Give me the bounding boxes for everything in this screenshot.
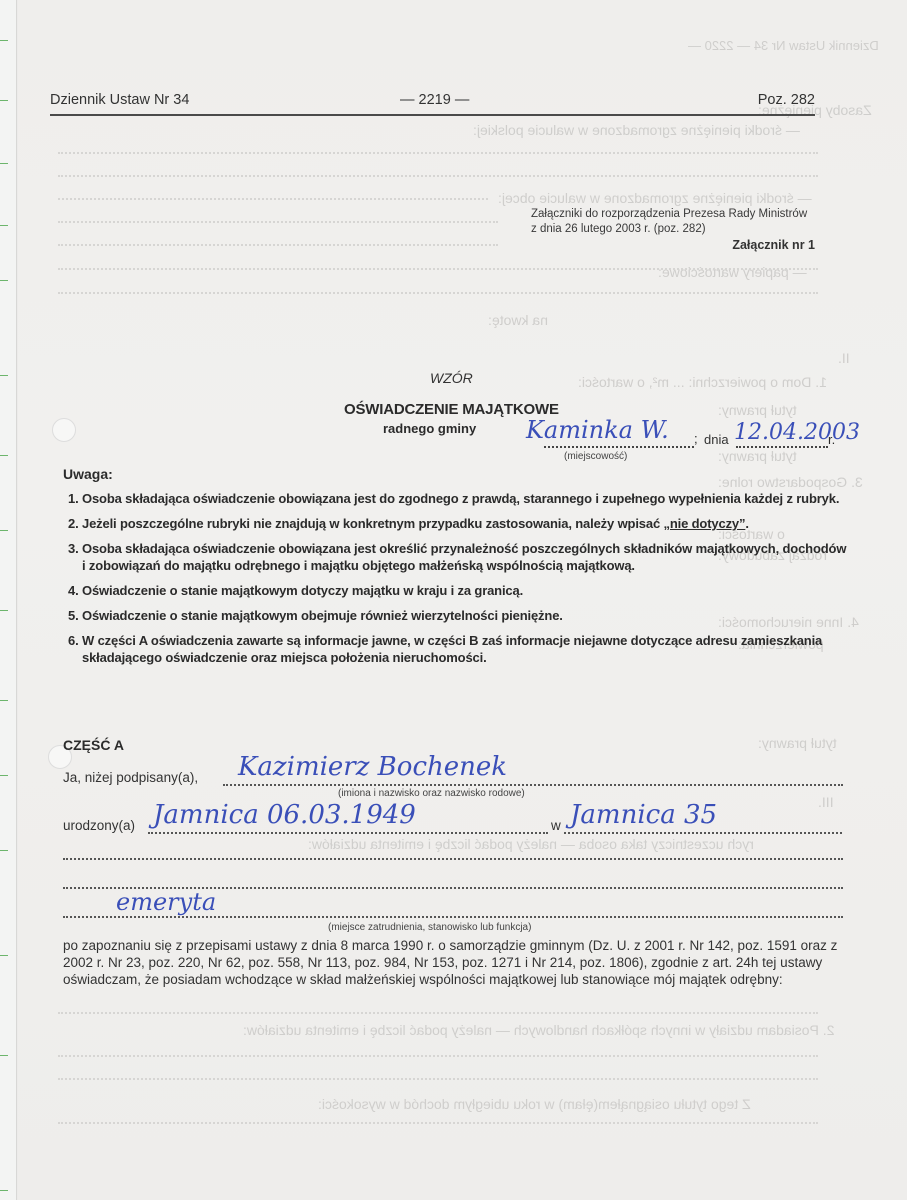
note-text-main: Jeżeli poszczególne rubryki nie znajdują… bbox=[82, 516, 664, 531]
annex-number: Załącznik nr 1 bbox=[732, 238, 815, 252]
scanner-tick bbox=[0, 40, 8, 41]
bleed-through-line: — środki pieniężne zgromadzone w walucie… bbox=[473, 122, 800, 138]
part-a-heading: CZĘŚĆ A bbox=[63, 737, 124, 753]
note-number: 5. bbox=[68, 607, 82, 624]
bleed-through-dots bbox=[58, 1012, 818, 1014]
employment-handwritten-value: emeryta bbox=[116, 888, 216, 916]
bleed-through-line: II. bbox=[838, 350, 850, 366]
notes-heading: Uwaga: bbox=[63, 466, 113, 482]
template-label: WZÓR bbox=[430, 370, 473, 386]
birth-date-field[interactable] bbox=[148, 832, 548, 834]
punch-hole bbox=[52, 418, 76, 442]
scanner-margin bbox=[0, 0, 17, 1200]
annex-line-2: z dnia 26 lutego 2003 r. (poz. 282) bbox=[531, 222, 807, 237]
scanner-tick bbox=[0, 455, 8, 456]
scanner-tick bbox=[0, 280, 8, 281]
bleed-through-line: Z tego tytułu osiągnąłem(ęłam) w roku ub… bbox=[318, 1096, 751, 1112]
scanner-tick bbox=[0, 610, 8, 611]
bleed-through-dots bbox=[58, 1078, 818, 1080]
note-text: W części A oświadczenia zawarte są infor… bbox=[82, 632, 848, 666]
bleed-through-header: Dziennik Ustaw Nr 34 — 2220 — bbox=[688, 38, 879, 53]
note-item: 4. Oświadczenie o stanie majątkowym doty… bbox=[68, 582, 848, 599]
note-text-after: . bbox=[745, 516, 748, 531]
scanner-tick bbox=[0, 100, 8, 101]
note-item: 3. Osoba składająca oświadczenie obowiąz… bbox=[68, 540, 848, 574]
date-prefix: dnia bbox=[704, 432, 729, 447]
bleed-through-line: 1. Dom o powierzchni: ... m², o wartości… bbox=[578, 374, 827, 390]
note-text: Oświadczenie o stanie majątkowym obejmuj… bbox=[82, 607, 848, 624]
scanner-tick bbox=[0, 1055, 8, 1056]
birth-place-field[interactable] bbox=[564, 832, 842, 834]
in-label: w bbox=[551, 818, 561, 833]
document-subtitle: radnego gminy bbox=[383, 421, 476, 436]
note-item: 1. Osoba składająca oświadczenie obowiąz… bbox=[68, 490, 848, 507]
scanner-tick bbox=[0, 700, 8, 701]
journal-name: Dziennik Ustaw Nr 34 bbox=[50, 92, 189, 108]
note-text: Jeżeli poszczególne rubryki nie znajdują… bbox=[82, 515, 848, 532]
name-caption: (imiona i nazwisko oraz nazwisko rodowe) bbox=[338, 788, 525, 799]
bleed-through-dots bbox=[58, 268, 818, 270]
note-number: 6. bbox=[68, 632, 82, 666]
scanner-tick bbox=[0, 850, 8, 851]
bleed-through-line: tytuł prawny: bbox=[718, 448, 797, 464]
position-number: Poz. 282 bbox=[758, 92, 815, 108]
place-caption: (miejscowość) bbox=[564, 451, 627, 462]
page-number: — 2219 — bbox=[400, 92, 469, 108]
scanner-tick bbox=[0, 775, 8, 776]
bleed-through-dots bbox=[58, 152, 818, 154]
birth-place-handwritten-value: Jamnica 35 bbox=[570, 800, 717, 830]
scanner-tick bbox=[0, 375, 8, 376]
bleed-through-line: na kwotę: bbox=[488, 312, 548, 328]
bleed-through-dots bbox=[58, 244, 498, 246]
bleed-through-line: 2. Posiadam udziały w innych spółkach ha… bbox=[243, 1022, 834, 1038]
scanner-tick bbox=[0, 163, 8, 164]
bleed-through-dots bbox=[58, 1122, 818, 1124]
note-number: 4. bbox=[68, 582, 82, 599]
note-item: 6. W części A oświadczenia zawarte są in… bbox=[68, 632, 848, 666]
bleed-through-line: III. bbox=[818, 794, 834, 810]
bleed-through-line: — środki pieniężne zgromadzone w walucie… bbox=[498, 190, 812, 206]
bleed-through-line: 3. Gospodarstwo rolne: bbox=[718, 474, 863, 490]
date-handwritten-value: 12.04.2003 bbox=[734, 420, 860, 445]
bleed-through-dots bbox=[58, 221, 498, 223]
place-separator: ; bbox=[694, 431, 698, 446]
scanner-tick bbox=[0, 955, 8, 956]
annex-line-1: Załączniki do rozporządzenia Prezesa Rad… bbox=[531, 207, 807, 222]
blank-field-line[interactable] bbox=[63, 858, 843, 860]
page-header: Dziennik Ustaw Nr 34 — 2219 — Poz. 282 bbox=[50, 92, 815, 116]
scanned-page: Dziennik Ustaw Nr 34 — 2220 — Zasoby pie… bbox=[18, 0, 907, 1200]
note-number: 3. bbox=[68, 540, 82, 574]
bleed-through-dots bbox=[58, 175, 818, 177]
notes-list: 1. Osoba składająca oświadczenie obowiąz… bbox=[68, 490, 848, 674]
bleed-through-dots bbox=[58, 198, 488, 200]
name-field[interactable] bbox=[223, 784, 843, 786]
annex-reference: Załączniki do rozporządzenia Prezesa Rad… bbox=[531, 207, 807, 237]
note-text: Osoba składająca oświadczenie obowiązana… bbox=[82, 490, 848, 507]
scanner-tick bbox=[0, 225, 8, 226]
declaration-text: po zapoznaniu się z przepisami ustawy z … bbox=[63, 937, 858, 988]
note-text: Osoba składająca oświadczenie obowiązana… bbox=[82, 540, 848, 574]
bleed-through-line: tytuł prawny: bbox=[718, 402, 797, 418]
note-item: 5. Oświadczenie o stanie majątkowym obej… bbox=[68, 607, 848, 624]
bleed-through-line: rych uczestniczy taka osoba — należy pod… bbox=[308, 836, 754, 852]
employment-caption: (miejsce zatrudnienia, stanowisko lub fu… bbox=[328, 922, 531, 933]
birth-date-handwritten-value: Jamnica 06.03.1949 bbox=[153, 800, 416, 830]
note-emphasis: „nie dotyczy” bbox=[664, 516, 746, 531]
note-text: Oświadczenie o stanie majątkowym dotyczy… bbox=[82, 582, 848, 599]
signed-label: Ja, niżej podpisany(a), bbox=[63, 770, 198, 785]
scanner-tick bbox=[0, 1190, 8, 1191]
bleed-through-line: — papiery wartościowe: bbox=[658, 264, 807, 280]
place-handwritten-value: Kaminka W. bbox=[526, 416, 669, 444]
bleed-through-line: tytuł prawny: bbox=[758, 735, 837, 751]
bleed-through-dots bbox=[58, 292, 818, 294]
born-label: urodzony(a) bbox=[63, 818, 135, 833]
note-number: 2. bbox=[68, 515, 82, 532]
scanner-tick bbox=[0, 530, 8, 531]
note-item: 2. Jeżeli poszczególne rubryki nie znajd… bbox=[68, 515, 848, 532]
note-number: 1. bbox=[68, 490, 82, 507]
name-handwritten-value: Kazimierz Bochenek bbox=[238, 752, 507, 782]
date-suffix: r. bbox=[828, 432, 835, 447]
bleed-through-dots bbox=[58, 1055, 818, 1057]
employment-field[interactable] bbox=[63, 916, 843, 918]
